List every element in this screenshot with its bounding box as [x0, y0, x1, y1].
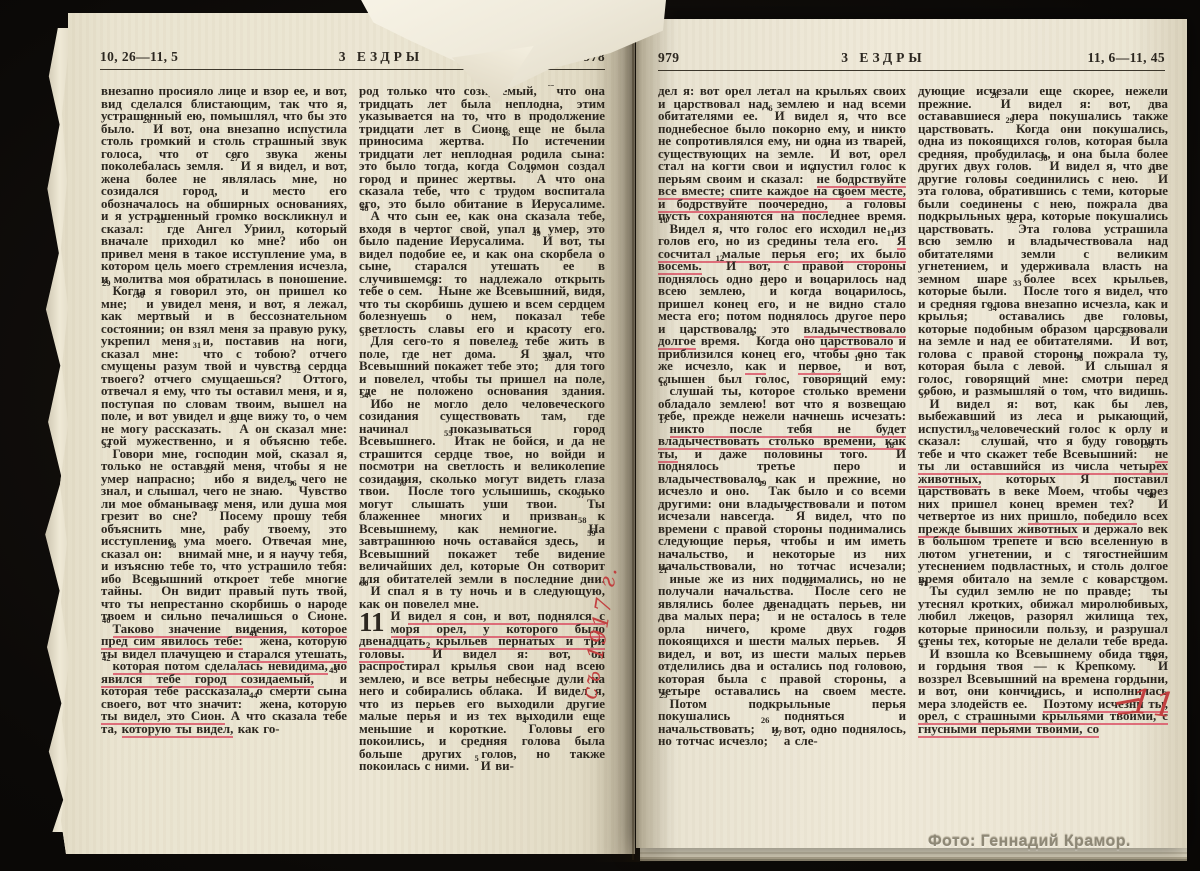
right-page-number: 979	[658, 50, 679, 66]
handwritten-margin-mark: 11	[1128, 681, 1180, 726]
photo-credit: Фото: Геннадий Крамор.	[928, 833, 1131, 851]
right-header-ref: 11, 6—11, 45	[1087, 50, 1165, 66]
right-text-column-2: дующие исчезали еще скорее, нежели прежн…	[918, 85, 1168, 785]
left-header-title: 3 ЕЗДРЫ	[339, 49, 423, 65]
left-text-column-2: род только что созидаемый, 45что она три…	[359, 85, 605, 785]
left-page: 10, 26—11, 5 3 ЕЗДРЫ 978 внезапно просия…	[58, 13, 635, 854]
left-header-ref: 10, 26—11, 5	[100, 49, 178, 65]
right-text-column-1: дел я: вот орел летал на крыльях своих и…	[658, 85, 906, 785]
gutter-crease	[632, 12, 634, 860]
right-page-header: 979 3 ЕЗДРЫ 11, 6—11, 45	[658, 50, 1165, 71]
right-header-title: 3 ЕЗДРЫ	[841, 50, 925, 66]
right-page: 979 3 ЕЗДРЫ 11, 6—11, 45 дел я: вот орел…	[636, 19, 1187, 848]
book-photo: 10, 26—11, 5 3 ЕЗДРЫ 978 внезапно просия…	[0, 0, 1200, 871]
left-text-column-1: внезапно просияло лице и взор ее, и вот,…	[101, 85, 347, 785]
